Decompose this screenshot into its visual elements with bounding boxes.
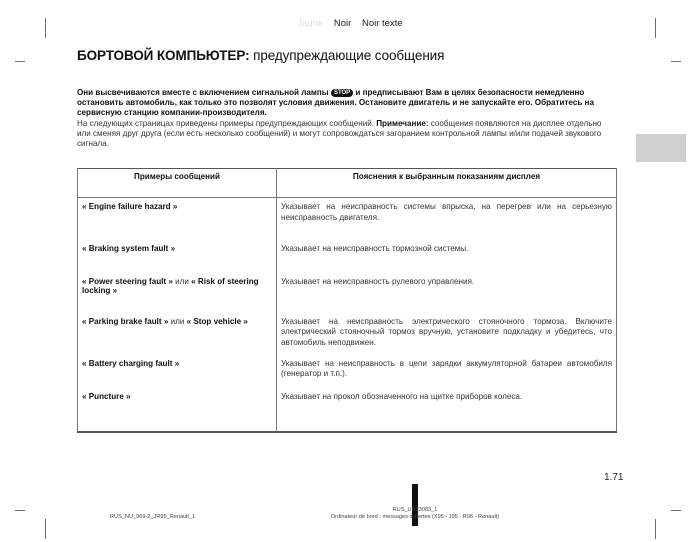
table-row: « Power steering fault » или « Risk of s… [78,273,617,313]
message-explanation: Указывает на неисправность тормозной сис… [277,240,617,273]
message-explanation: Указывает на неисправность в цепи зарядк… [277,355,617,388]
table-row: « Engine failure hazard »Указывает на не… [78,198,617,240]
crop-mark [15,510,25,511]
message-text-alt: « Stop vehicle » [187,317,248,326]
message-explanation: Указывает на неисправность электрическог… [277,313,617,355]
warning-messages-table: Примеры сообщений Пояснения к выбранным … [77,168,617,433]
table-header-row: Примеры сообщений Пояснения к выбранным … [78,169,617,198]
message-explanation: Указывает на прокол обозначенного на щит… [277,388,617,432]
color-mark-noir-texte: Noir texte [362,18,403,29]
message-text: « Parking brake fault » [82,317,168,326]
color-mark-noir: Noir [334,18,351,29]
color-mark-jaune: Jaune [297,18,323,29]
crop-mark [15,61,25,62]
table-row: « Braking system fault »Указывает на неи… [78,240,617,273]
message-example: « Braking system fault » [78,240,277,273]
table-row: « Parking brake fault » или « Stop vehic… [78,313,617,355]
or-connector: или [173,277,191,286]
message-text: « Battery charging fault » [82,359,179,368]
column-header-explanations: Пояснения к выбранным показаниям дисплея [277,169,617,198]
footer-section-title: Ordinateur de bord : messages d'alertes … [280,514,550,521]
table-row: « Puncture »Указывает на прокол обозначе… [78,388,617,432]
color-separation-marks: Jaune Noir Noir texte [0,18,700,29]
message-text: « Puncture » [82,392,131,401]
page-title: БОРТОВОЙ КОМПЬЮТЕР: предупреждающие сооб… [77,48,444,63]
warning-paragraph: Они высвечиваются вместе с включением си… [77,88,617,119]
crop-mark [45,519,46,539]
note-label: Примечание: [376,119,428,128]
message-text: « Engine failure hazard » [82,202,177,211]
message-text: « Braking system fault » [82,244,175,253]
note-text-part1: На следующих страницах приведены примеры… [77,119,376,128]
crop-mark [671,61,681,62]
message-example: « Parking brake fault » или « Stop vehic… [78,313,277,355]
message-example: « Puncture » [78,388,277,432]
message-example: « Battery charging fault » [78,355,277,388]
stop-lamp-icon: STOP [331,89,353,97]
message-explanation: Указывает на неисправность системы впрыс… [277,198,617,240]
intro-text: Они высвечиваются вместе с включением си… [77,88,617,149]
note-paragraph: На следующих страницах приведены примеры… [77,119,617,150]
section-thumb-tab [636,134,686,162]
table-row: « Battery charging fault »Указывает на н… [78,355,617,388]
footer-section-code: RUS_UD23083_1 [280,507,550,514]
footer-doc-code: RUS_NU_969-2_JR95_Renault_1 [110,514,195,520]
page-number: 1.71 [604,472,623,483]
message-explanation: Указывает на неисправность рулевого упра… [277,273,617,313]
message-text: « Power steering fault » [82,277,173,286]
or-connector: или [168,317,186,326]
warning-text-part1: Они высвечиваются вместе с включением си… [77,88,331,97]
footer-section-info: RUS_UD23083_1 Ordinateur de bord : messa… [280,507,550,521]
title-rest: предупреждающие сообщения [249,48,444,63]
message-example: « Engine failure hazard » [78,198,277,240]
title-bold: БОРТОВОЙ КОМПЬЮТЕР: [77,48,249,63]
crop-mark [655,519,656,539]
column-header-examples: Примеры сообщений [78,169,277,198]
crop-mark [671,510,681,511]
message-example: « Power steering fault » или « Risk of s… [78,273,277,313]
